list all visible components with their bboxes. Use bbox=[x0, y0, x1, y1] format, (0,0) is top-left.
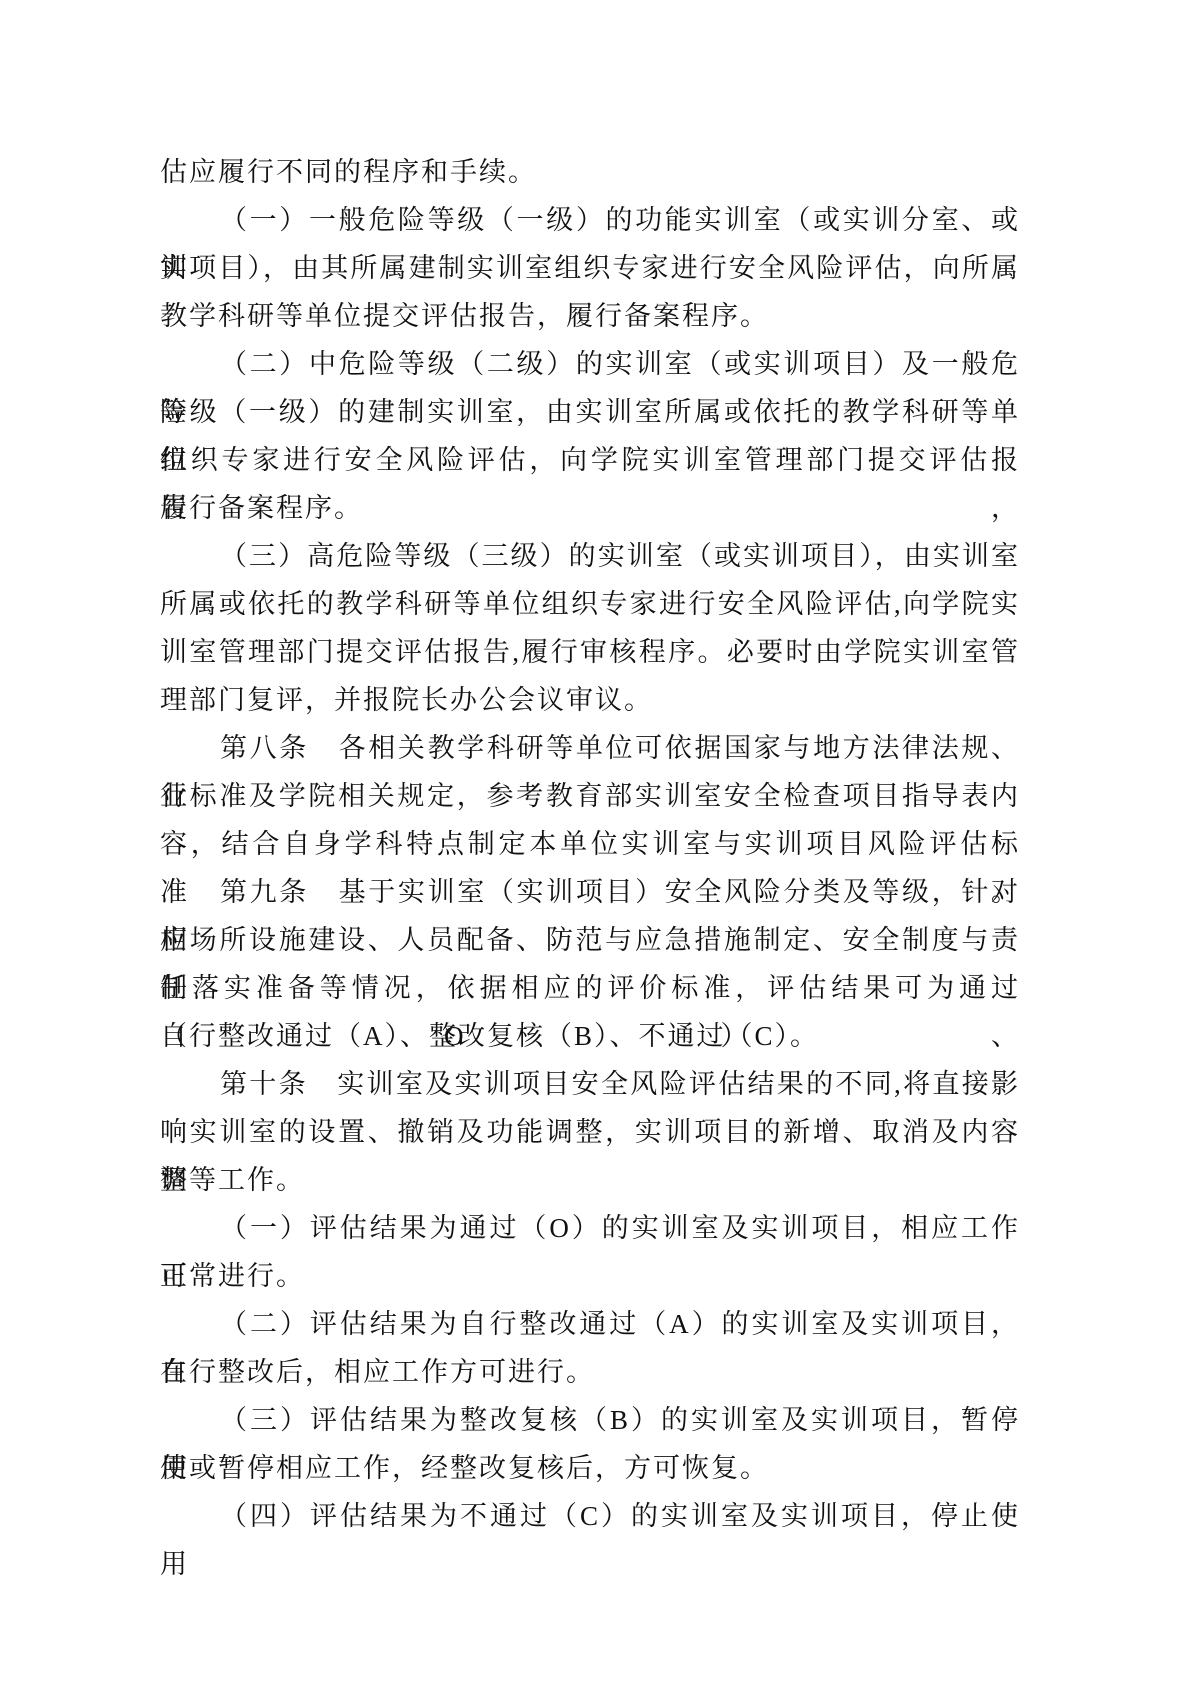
text-line: 第十条 实训室及实训项目安全风险评估结果的不同,将直接影 bbox=[160, 1060, 1020, 1108]
text-line: 组织专家进行安全风险评估，向学院实训室管理部门提交评估报告， bbox=[160, 436, 1020, 484]
text-line: 响实训室的设置、撤销及功能调整，实训项目的新增、取消及内容调 bbox=[160, 1108, 1020, 1156]
text-line: 用或暂停相应工作，经整改复核后，方可恢复。 bbox=[160, 1444, 1020, 1492]
text-line: 训项目），由其所属建制实训室组织专家进行安全风险评估，向所属 bbox=[160, 244, 1020, 292]
document-page: 估应履行不同的程序和手续。（一）一般危险等级（一级）的功能实训室（或实训分室、或… bbox=[0, 0, 1191, 1684]
text-line: 等级（一级）的建制实训室，由实训室所属或依托的教学科研等单位 bbox=[160, 388, 1020, 436]
text-line: 第九条 基于实训室（实训项目）安全风险分类及等级，针对相 bbox=[160, 868, 1020, 916]
text-line: （一）评估结果为通过（O）的实训室及实训项目，相应工作可 bbox=[160, 1204, 1020, 1252]
document-body-text: 估应履行不同的程序和手续。（一）一般危险等级（一级）的功能实训室（或实训分室、或… bbox=[160, 148, 1020, 1540]
text-line: 第八条 各相关教学科研等单位可依据国家与地方法律法规、行 bbox=[160, 724, 1020, 772]
text-line: 训室管理部门提交评估报告,履行审核程序。必要时由学院实训室管 bbox=[160, 628, 1020, 676]
text-line: 制落实准备等情况，依据相应的评价标准，评估结果可为通过（O）、 bbox=[160, 964, 1020, 1012]
text-line: 自行整改后，相应工作方可进行。 bbox=[160, 1348, 1020, 1396]
text-line: 业标准及学院相关规定，参考教育部实训室安全检查项目指导表内 bbox=[160, 772, 1020, 820]
text-line: 估应履行不同的程序和手续。 bbox=[160, 148, 1020, 196]
text-line: 正常进行。 bbox=[160, 1252, 1020, 1300]
text-line: 容，结合自身学科特点制定本单位实训室与实训项目风险评估标准。 bbox=[160, 820, 1020, 868]
text-line: 教学科研等单位提交评估报告，履行备案程序。 bbox=[160, 292, 1020, 340]
text-line: （三）评估结果为整改复核（B）的实训室及实训项目，暂停使 bbox=[160, 1396, 1020, 1444]
text-line: （四）评估结果为不通过（C）的实训室及实训项目，停止使用 bbox=[160, 1492, 1020, 1540]
text-line: （二）中危险等级（二级）的实训室（或实训项目）及一般危险 bbox=[160, 340, 1020, 388]
text-line: 所属或依托的教学科研等单位组织专家进行安全风险评估,向学院实 bbox=[160, 580, 1020, 628]
text-line: （二）评估结果为自行整改通过（A）的实训室及实训项目，在 bbox=[160, 1300, 1020, 1348]
text-line: 整等工作。 bbox=[160, 1156, 1020, 1204]
text-line: 理部门复评，并报院长办公会议审议。 bbox=[160, 676, 1020, 724]
text-line: （三）高危险等级（三级）的实训室（或实训项目），由实训室 bbox=[160, 532, 1020, 580]
text-line: （一）一般危险等级（一级）的功能实训室（或实训分室、或实 bbox=[160, 196, 1020, 244]
text-line: 应场所设施建设、人员配备、防范与应急措施制定、安全制度与责任 bbox=[160, 916, 1020, 964]
